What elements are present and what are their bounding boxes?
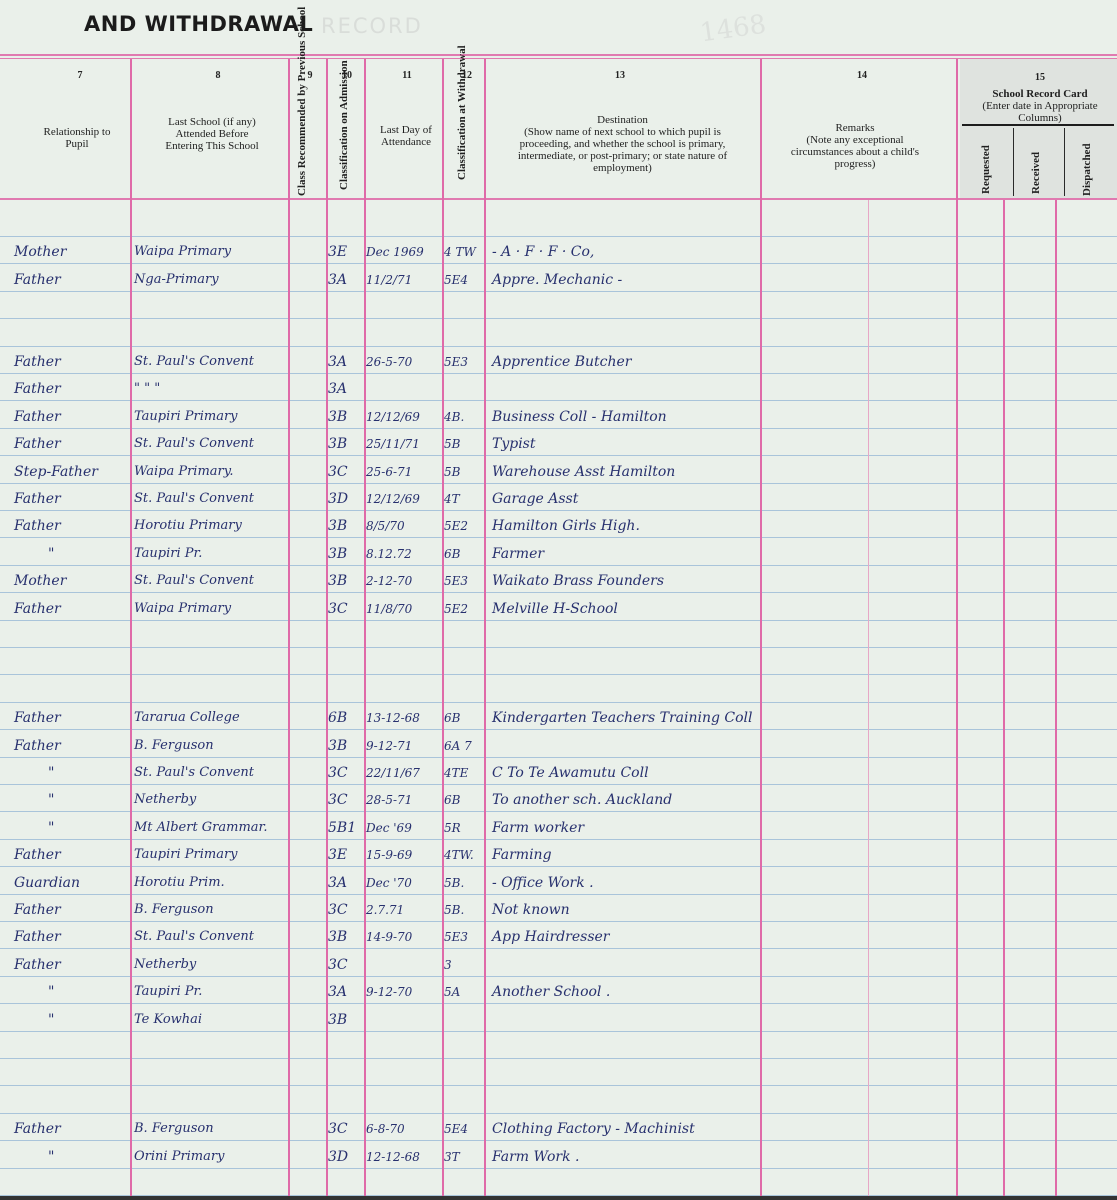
- cell-relationship: Father: [14, 408, 61, 426]
- ruled-line: [0, 592, 1117, 593]
- cell-withdrawal: 5E2: [444, 517, 468, 535]
- cell-last-school: Taupiri Primary: [134, 846, 238, 864]
- page-title: AND WITHDRAWAL: [84, 12, 313, 36]
- cell-withdrawal: 4 TW: [444, 243, 476, 261]
- cell-admission: 3B: [328, 1011, 347, 1029]
- record-subcolumn-divider: [1064, 128, 1065, 196]
- column-divider: [130, 59, 132, 1196]
- cell-last-school: Netherby: [134, 791, 196, 809]
- bleed-through-title: RECORD: [321, 14, 423, 38]
- ruled-line: [0, 729, 1117, 730]
- cell-relationship: ": [48, 819, 54, 837]
- cell-withdrawal: 5B: [444, 435, 460, 453]
- ledger-page: AND WITHDRAWAL RECORD 1468 7 8 9 10 11 1…: [0, 0, 1117, 1200]
- column-divider: [1055, 200, 1057, 1196]
- header-destination-title: Destination: [500, 114, 745, 126]
- column-divider: [484, 59, 486, 1196]
- ruled-line: [0, 1085, 1117, 1086]
- cell-destination: - A · F · F · Co,: [492, 243, 594, 261]
- header-record-card-note: (Enter date in Appropriate Columns): [966, 100, 1114, 124]
- column-number: 8: [198, 70, 238, 81]
- ruled-line: [0, 948, 1117, 949]
- ruled-line: [0, 428, 1117, 429]
- cell-withdrawal: 6B: [444, 791, 460, 809]
- ruled-line: [0, 1003, 1117, 1004]
- column-number: 11: [392, 70, 422, 81]
- cell-admission: 3C: [328, 901, 348, 919]
- cell-last-day: 12/12/69: [366, 490, 420, 508]
- cell-destination: Not known: [492, 901, 570, 919]
- cell-destination: App Hairdresser: [492, 928, 610, 946]
- cell-admission: 3B: [328, 517, 347, 535]
- cell-destination: C To Te Awamutu Coll: [492, 764, 649, 782]
- header-top-border: [0, 54, 1117, 56]
- bleed-through-number: 1468: [698, 10, 768, 49]
- ruled-line: [0, 263, 1117, 264]
- cell-last-day: 28-5-71: [366, 791, 412, 809]
- cell-last-school: Taupiri Pr.: [134, 983, 202, 1001]
- cell-last-day: 26-5-70: [366, 353, 412, 371]
- ruled-line: [0, 1113, 1117, 1114]
- cell-last-day: 12/12/69: [366, 408, 420, 426]
- cell-last-day: 2.7.71: [366, 901, 404, 919]
- cell-destination: - Office Work .: [492, 874, 594, 892]
- column-divider: [364, 59, 366, 1196]
- cell-destination: Farmer: [492, 545, 544, 563]
- ruled-line: [0, 400, 1117, 401]
- cell-destination: Business Coll - Hamilton: [492, 408, 667, 426]
- ruled-line: [0, 811, 1117, 812]
- ruled-line: [0, 346, 1117, 347]
- cell-withdrawal: 5B: [444, 463, 460, 481]
- cell-admission: 3B: [328, 928, 347, 946]
- cell-relationship: Father: [14, 737, 61, 755]
- header-classification-withdrawal: Classification at Withdrawal: [456, 60, 468, 180]
- cell-last-day: Dec 1969: [366, 243, 424, 261]
- ruled-line: [0, 318, 1117, 319]
- cell-last-school: Orini Primary: [134, 1148, 224, 1166]
- cell-last-day: 13-12-68: [366, 709, 420, 727]
- ruled-line: [0, 839, 1117, 840]
- ruled-line: [0, 373, 1117, 374]
- ruled-line: [0, 866, 1117, 867]
- cell-last-school: St. Paul's Convent: [134, 490, 254, 508]
- record-subcolumn-divider: [1013, 128, 1014, 196]
- header-top-border-inner: [0, 58, 1117, 59]
- cell-admission: 3B: [328, 435, 347, 453]
- cell-destination: Hamilton Girls High.: [492, 517, 640, 535]
- cell-admission: 3B: [328, 545, 347, 563]
- cell-last-day: 25-6-71: [366, 463, 412, 481]
- ruled-line: [0, 510, 1117, 511]
- cell-withdrawal: 4B.: [444, 408, 464, 426]
- cell-withdrawal: 5E3: [444, 572, 468, 590]
- cell-last-school: B. Ferguson: [134, 901, 214, 919]
- cell-admission: 3C: [328, 791, 348, 809]
- cell-last-day: 15-9-69: [366, 846, 412, 864]
- column-divider: [956, 59, 958, 1196]
- header-last-day: Last Day of Attendance: [374, 124, 438, 148]
- cell-withdrawal: 5E4: [444, 271, 468, 289]
- cell-admission: 6B: [328, 709, 347, 727]
- cell-destination: Kindergarten Teachers Training Coll: [492, 709, 753, 727]
- cell-relationship: Father: [14, 928, 61, 946]
- cell-last-day: 11/2/71: [366, 271, 412, 289]
- cell-admission: 3C: [328, 463, 348, 481]
- cell-withdrawal: 5R: [444, 819, 461, 837]
- ruled-line: [0, 894, 1117, 895]
- cell-relationship: ": [48, 983, 54, 1001]
- cell-destination: Farm Work .: [492, 1148, 579, 1166]
- cell-relationship: Father: [14, 490, 61, 508]
- cell-last-school: Mt Albert Grammar.: [134, 819, 267, 837]
- cell-admission: 3E: [328, 243, 347, 261]
- ruled-line: [0, 483, 1117, 484]
- cell-admission: 3B: [328, 572, 347, 590]
- ruled-line: [0, 674, 1117, 675]
- cell-destination: Another School .: [492, 983, 610, 1001]
- ruled-line: [0, 702, 1117, 703]
- cell-admission: 3C: [328, 956, 348, 974]
- ruled-line: [0, 620, 1117, 621]
- page-bottom-edge: [0, 1196, 1117, 1200]
- cell-relationship: Mother: [14, 243, 66, 261]
- cell-admission: 3E: [328, 846, 347, 864]
- ruled-line: [0, 921, 1117, 922]
- ruled-line: [0, 647, 1117, 648]
- cell-last-day: 9-12-70: [366, 983, 412, 1001]
- cell-withdrawal: 6B: [444, 709, 460, 727]
- cell-destination: Melville H-School: [492, 600, 618, 618]
- cell-relationship: ": [48, 791, 54, 809]
- header-classification-admission: Classification on Admission: [338, 60, 350, 190]
- cell-destination: Apprentice Butcher: [492, 353, 631, 371]
- cell-destination: Farming: [492, 846, 552, 864]
- cell-last-day: 12-12-68: [366, 1148, 420, 1166]
- column-divider: [1003, 200, 1005, 1196]
- cell-withdrawal: 6A 7: [444, 737, 472, 755]
- cell-destination: Clothing Factory - Machinist: [492, 1120, 695, 1138]
- cell-relationship: Father: [14, 956, 61, 974]
- cell-last-school: St. Paul's Convent: [134, 572, 254, 590]
- header-remarks: Remarks (Note any exceptional circumstan…: [790, 122, 920, 170]
- ruled-line: [0, 455, 1117, 456]
- cell-relationship: Father: [14, 380, 61, 398]
- header-remarks-note: (Note any exceptional circumstances abou…: [790, 134, 920, 170]
- cell-withdrawal: 5A: [444, 983, 460, 1001]
- cell-admission: 3C: [328, 1120, 348, 1138]
- cell-withdrawal: 5B.: [444, 901, 464, 919]
- ruled-line: [0, 236, 1117, 237]
- cell-admission: 3C: [328, 600, 348, 618]
- column-divider: [442, 59, 444, 1196]
- cell-last-day: Dec '70: [366, 874, 412, 892]
- cell-last-school: Taupiri Primary: [134, 408, 238, 426]
- cell-relationship: Father: [14, 353, 61, 371]
- cell-destination: Typist: [492, 435, 536, 453]
- cell-last-school: Netherby: [134, 956, 196, 974]
- cell-admission: 3D: [328, 490, 348, 508]
- cell-withdrawal: 5E4: [444, 1120, 468, 1138]
- cell-admission: 5B1: [328, 819, 356, 837]
- cell-last-school: B. Ferguson: [134, 737, 214, 755]
- cell-last-school: Waipa Primary: [134, 243, 231, 261]
- cell-relationship: Father: [14, 271, 61, 289]
- cell-relationship: Guardian: [14, 874, 80, 892]
- cell-admission: 3A: [328, 983, 347, 1001]
- cell-destination: Waikato Brass Founders: [492, 572, 664, 590]
- cell-withdrawal: 3T: [444, 1148, 460, 1166]
- column-number: 15: [1025, 72, 1055, 83]
- cell-last-day: Dec '69: [366, 819, 412, 837]
- header-remarks-title: Remarks: [790, 122, 920, 134]
- cell-withdrawal: 4T: [444, 490, 460, 508]
- header-last-school: Last School (if any) Attended Before Ent…: [158, 116, 266, 152]
- cell-relationship: Father: [14, 709, 61, 727]
- faint-divider: [868, 200, 869, 1196]
- cell-relationship: Father: [14, 901, 61, 919]
- cell-last-school: Tararua College: [134, 709, 240, 727]
- cell-destination: Warehouse Asst Hamilton: [492, 463, 675, 481]
- cell-last-school: St. Paul's Convent: [134, 353, 254, 371]
- cell-withdrawal: 5B.: [444, 874, 464, 892]
- cell-last-school: Horotiu Prim.: [134, 874, 225, 892]
- cell-destination: Farm worker: [492, 819, 584, 837]
- ruled-line: [0, 537, 1117, 538]
- column-divider: [760, 59, 762, 1196]
- column-number: 14: [847, 70, 877, 81]
- header-record-card-title: School Record Card: [966, 88, 1114, 100]
- cell-destination: Garage Asst: [492, 490, 578, 508]
- header-destination-note: (Show name of next school to which pupil…: [500, 126, 745, 174]
- cell-destination: Appre. Mechanic -: [492, 271, 622, 289]
- cell-relationship: ": [48, 1011, 54, 1029]
- cell-withdrawal: 4TE: [444, 764, 468, 782]
- cell-last-school: B. Ferguson: [134, 1120, 214, 1138]
- cell-last-school: Waipa Primary.: [134, 463, 234, 481]
- cell-withdrawal: 3: [444, 956, 452, 974]
- cell-admission: 3C: [328, 764, 348, 782]
- column-number: 7: [60, 70, 100, 81]
- cell-last-day: 14-9-70: [366, 928, 412, 946]
- cell-destination: To another sch. Auckland: [492, 791, 672, 809]
- cell-relationship: Mother: [14, 572, 66, 590]
- cell-relationship: Father: [14, 846, 61, 864]
- cell-relationship: Father: [14, 1120, 61, 1138]
- cell-admission: 3A: [328, 353, 347, 371]
- cell-relationship: Father: [14, 600, 61, 618]
- header-destination: Destination (Show name of next school to…: [500, 114, 745, 174]
- cell-last-school: Horotiu Primary: [134, 517, 242, 535]
- header-relationship: Relationship to Pupil: [32, 126, 122, 150]
- cell-last-day: 8.12.72: [366, 545, 412, 563]
- cell-last-day: 6-8-70: [366, 1120, 405, 1138]
- cell-last-day: 9-12-71: [366, 737, 412, 755]
- ruled-line: [0, 1058, 1117, 1059]
- ruled-line: [0, 976, 1117, 977]
- cell-relationship: Father: [14, 435, 61, 453]
- cell-admission: 3B: [328, 408, 347, 426]
- ruled-line: [0, 1140, 1117, 1141]
- cell-last-school: St. Paul's Convent: [134, 435, 254, 453]
- cell-withdrawal: 5E3: [444, 928, 468, 946]
- cell-relationship: ": [48, 545, 54, 563]
- cell-admission: 3B: [328, 737, 347, 755]
- header-record-card: School Record Card (Enter date in Approp…: [966, 88, 1114, 124]
- cell-last-school: Nga-Primary: [134, 271, 219, 289]
- cell-last-day: 22/11/67: [366, 764, 420, 782]
- header-bottom-border: [0, 198, 1117, 200]
- cell-last-day: 2-12-70: [366, 572, 412, 590]
- cell-withdrawal: 4TW.: [444, 846, 474, 864]
- cell-admission: 3A: [328, 874, 347, 892]
- column-divider: [288, 59, 290, 1196]
- cell-withdrawal: 6B: [444, 545, 460, 563]
- cell-last-school: " " ": [134, 380, 160, 398]
- cell-admission: 3D: [328, 1148, 348, 1166]
- header-dispatched: Dispatched: [1081, 143, 1093, 196]
- cell-admission: 3A: [328, 271, 347, 289]
- cell-last-day: 25/11/71: [366, 435, 420, 453]
- ruled-line: [0, 757, 1117, 758]
- header-received: Received: [1030, 152, 1042, 194]
- cell-last-school: Waipa Primary: [134, 600, 231, 618]
- header-requested: Requested: [980, 145, 992, 194]
- ruled-line: [0, 291, 1117, 292]
- cell-withdrawal: 5E3: [444, 353, 468, 371]
- cell-last-school: Taupiri Pr.: [134, 545, 202, 563]
- cell-relationship: Step-Father: [14, 463, 98, 481]
- ruled-line: [0, 1168, 1117, 1169]
- cell-last-school: St. Paul's Convent: [134, 764, 254, 782]
- ruled-line: [0, 1031, 1117, 1032]
- cell-last-school: Te Kowhai: [134, 1011, 202, 1029]
- cell-admission: 3A: [328, 380, 347, 398]
- record-card-rule: [962, 124, 1114, 126]
- ruled-line: [0, 784, 1117, 785]
- cell-relationship: ": [48, 1148, 54, 1166]
- cell-last-day: 8/5/70: [366, 517, 405, 535]
- ruled-line: [0, 565, 1117, 566]
- cell-relationship: Father: [14, 517, 61, 535]
- header-class-recommended: Class Recommended by Previous School: [296, 61, 308, 196]
- cell-withdrawal: 5E2: [444, 600, 468, 618]
- cell-last-day: 11/8/70: [366, 600, 412, 618]
- column-number: 13: [605, 70, 635, 81]
- cell-relationship: ": [48, 764, 54, 782]
- cell-last-school: St. Paul's Convent: [134, 928, 254, 946]
